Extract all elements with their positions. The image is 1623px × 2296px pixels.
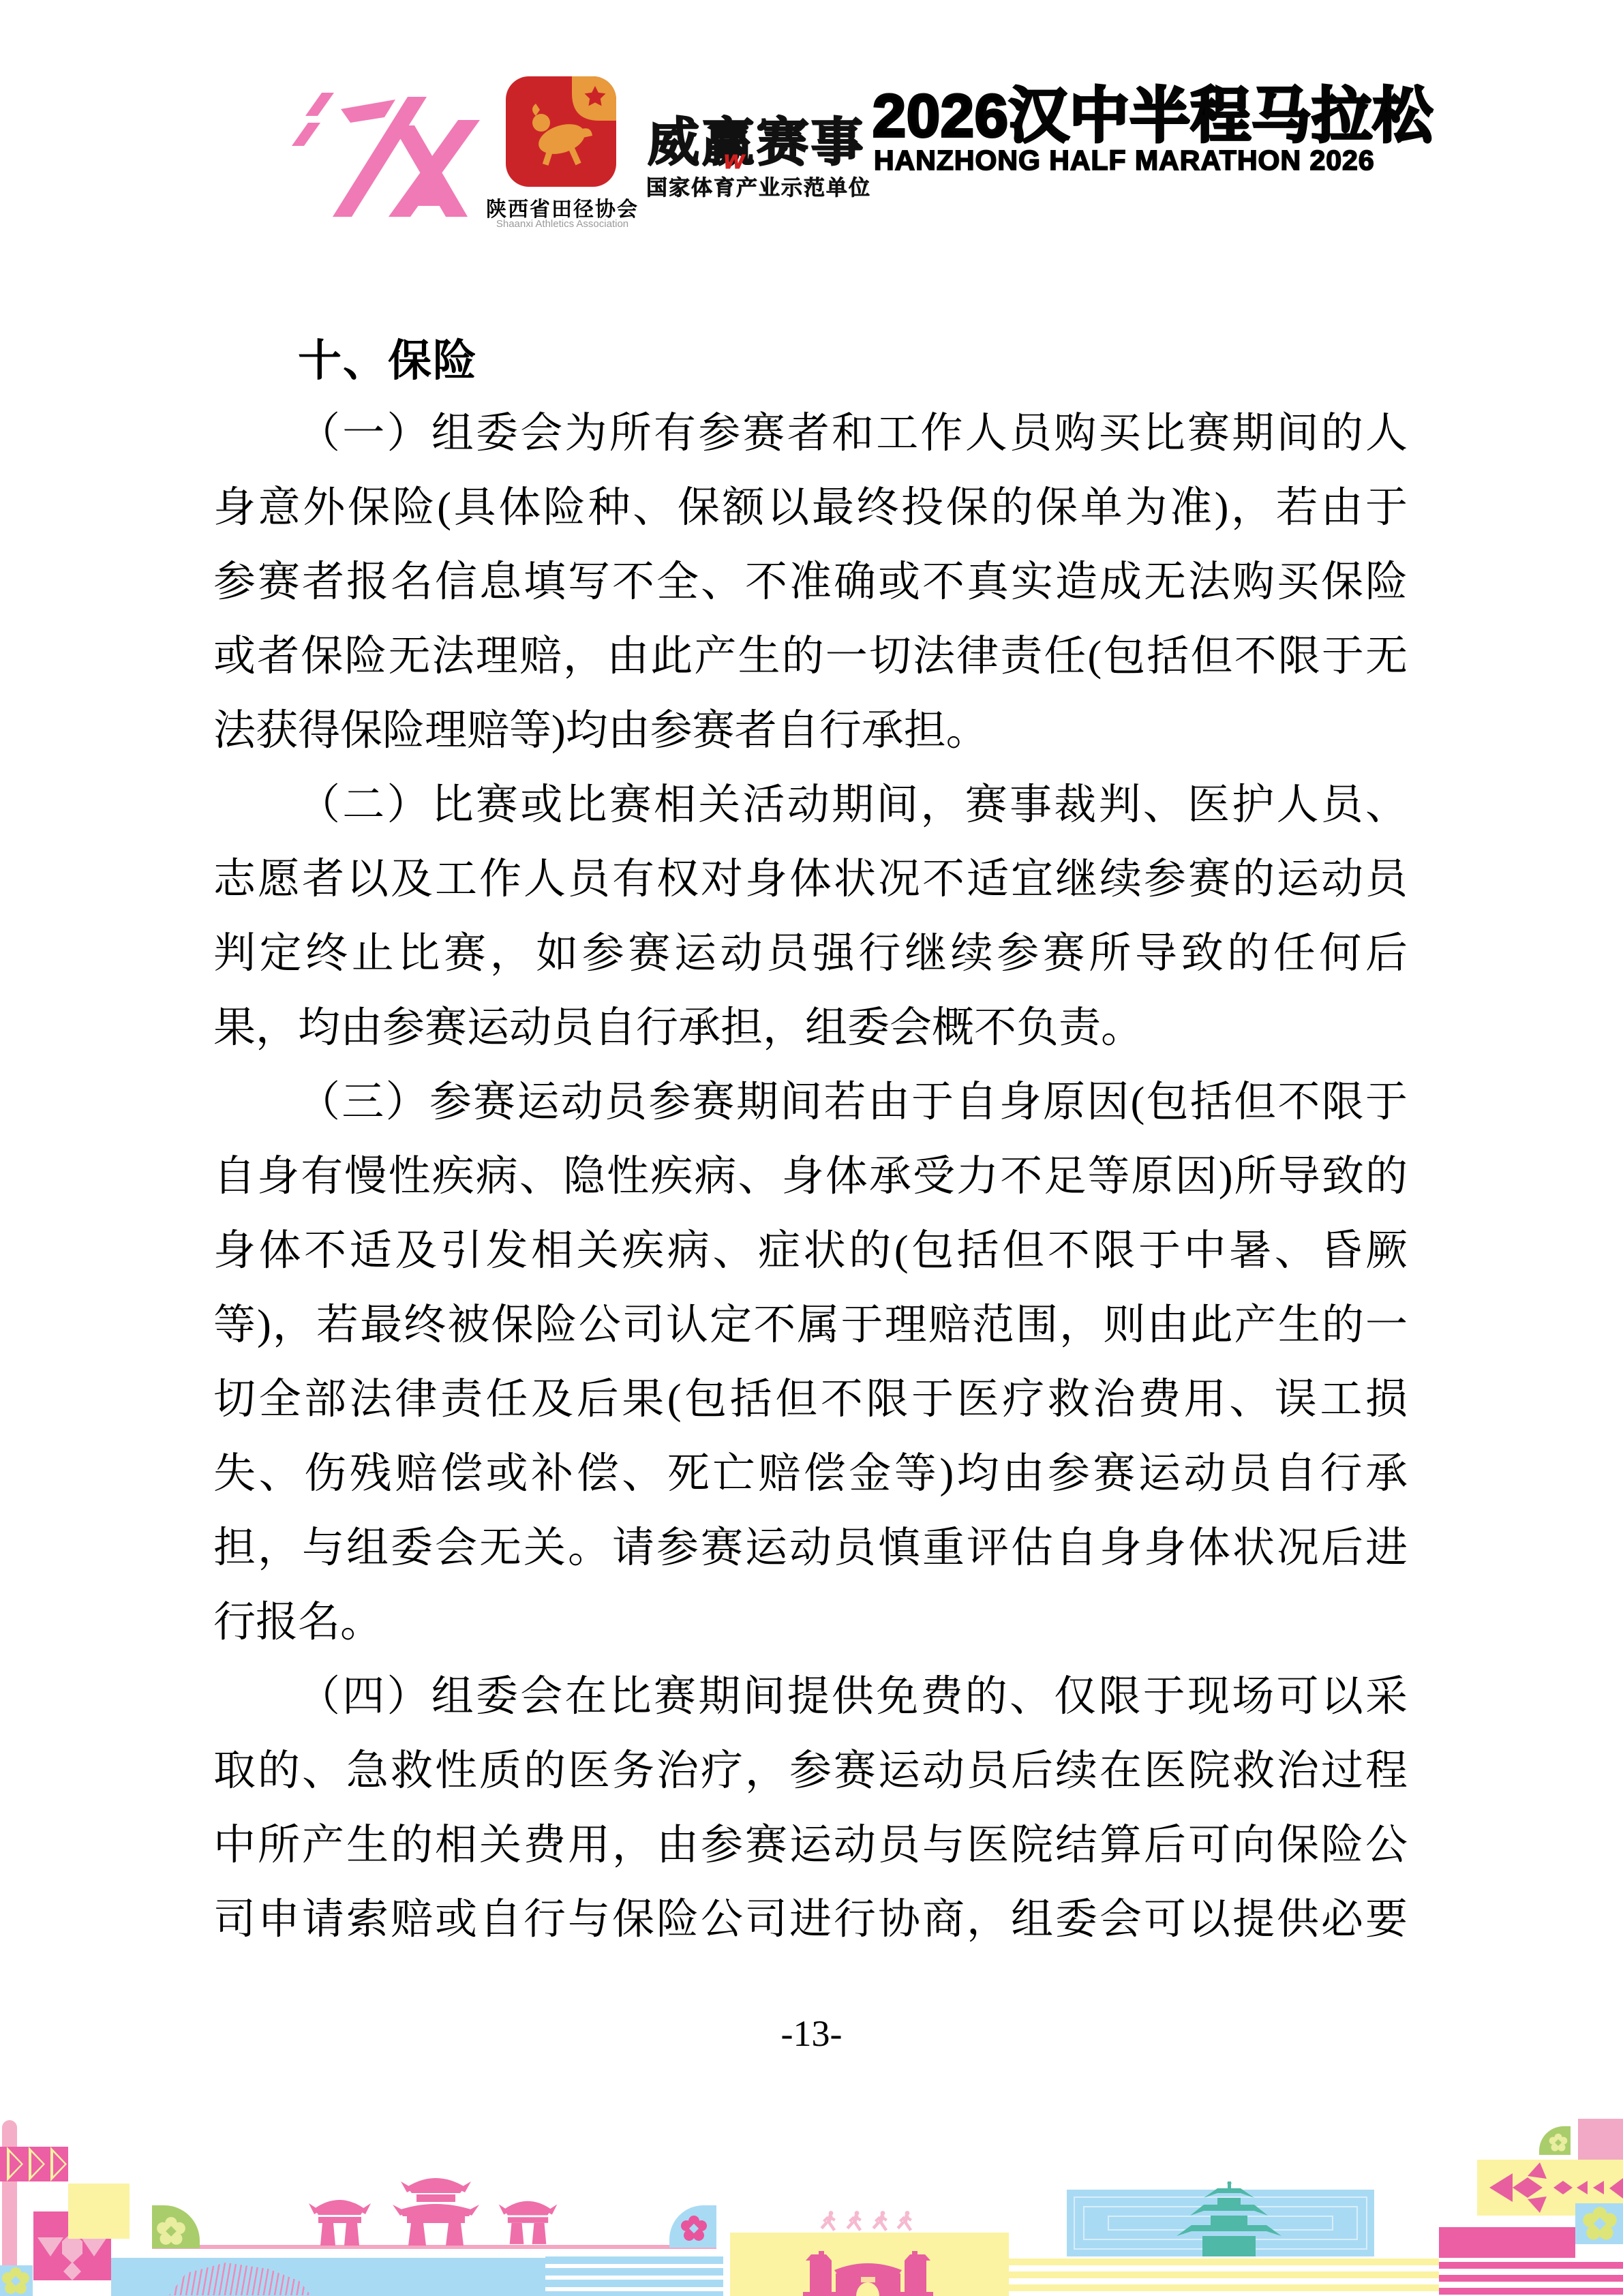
footer-yellow-block xyxy=(730,2233,1009,2296)
document-line: 取的、急救性质的医务治疗，参赛运动员后续在医院救治过程 xyxy=(213,1734,1408,1809)
document-line: 志愿者以及工作人员有权对身体状况不适宜继续参赛的运动员 xyxy=(213,843,1408,917)
footer-blue-flower-square xyxy=(0,2265,33,2296)
footer-blue-stripes xyxy=(545,2256,723,2296)
athletics-association-badge-icon xyxy=(506,76,616,187)
document-line: 行报名。 xyxy=(213,1586,1408,1660)
flower-icon xyxy=(1582,2206,1618,2241)
document-text: （一）组委会为所有参赛者和工作人员购买比赛期间的人身意外保险(具体险种、保额以最… xyxy=(213,397,1408,1957)
footer-pink-bar xyxy=(2,2120,17,2266)
document-line: （三）参赛运动员参赛期间若由于自身原因(包括但不限于 xyxy=(213,1066,1408,1140)
pagoda-icon xyxy=(1152,2181,1306,2256)
footer-yellow-stripes xyxy=(1009,2259,1439,2296)
section-heading: 十、保险 xyxy=(213,326,1408,389)
event-title-en: HANZHONG HALF MARATHON 2026 xyxy=(874,145,1375,177)
footer-magenta-rect xyxy=(1439,2227,1575,2258)
document-line: 法获得保险理赔等)均由参赛者自行承担。 xyxy=(213,694,1408,768)
event-mark-icon xyxy=(292,80,483,217)
document-line: （四）组委会在比赛期间提供免费的、仅限于现场可以采 xyxy=(213,1660,1408,1734)
chevron-arrows-icon xyxy=(0,2147,68,2181)
document-line: 中所产生的相关费用，由参赛运动员与医院结算后可向保险公 xyxy=(213,1809,1408,1883)
footer-blue-flower-square-right xyxy=(1575,2203,1623,2244)
document-line: 参赛者报名信息填写不全、不准确或不真实造成无法购买保险 xyxy=(213,545,1408,620)
organizer-brand: 威赢赛事 xyxy=(648,101,866,175)
document-line: 失、伤残赔偿或补偿、死亡赔偿金等)均由参赛运动员自行承 xyxy=(213,1437,1408,1511)
stadium-stripes-icon xyxy=(169,2261,311,2295)
event-title-cn: 2026汉中半程马拉松 xyxy=(873,68,1434,154)
paifang-gate-icon xyxy=(495,2196,561,2246)
document-line: 自身有慢性疾病、隐性疾病、身体承受力不足等原因)所导致的 xyxy=(213,1140,1408,1214)
document-line: 等)，若最终被保险公司认定不属于理赔范围，则由此产生的一 xyxy=(213,1288,1408,1363)
document-line: 或者保险无法理赔，由此产生的一切法律责任(包括但不限于无 xyxy=(213,620,1408,694)
document-line: （二）比赛或比赛相关活动期间，赛事裁判、医护人员、 xyxy=(213,768,1408,843)
footer-yellow-square xyxy=(68,2184,130,2239)
paifang-gate-icon xyxy=(305,2196,375,2246)
paifang-gate-icon xyxy=(386,2176,485,2246)
footer-magenta-stripes xyxy=(1439,2262,1623,2296)
association-name-en: Shaanxi Athletics Association xyxy=(470,218,654,230)
flower-icon xyxy=(1,2267,30,2295)
document-line: 判定终止比赛，如参赛运动员强行继续参赛所导致的任何后 xyxy=(213,917,1408,991)
runners-icon xyxy=(820,2211,922,2233)
document-line: 身意外保险(具体险种、保额以最终投保的保单为准)，若由于 xyxy=(213,471,1408,545)
footer-green-quarter xyxy=(152,2205,200,2248)
document-line: 果，均由参赛运动员自行承担，组委会概不负责。 xyxy=(213,991,1408,1066)
organizer-subtitle: 国家体育产业示范单位 xyxy=(646,170,871,201)
page-number: -13- xyxy=(0,2012,1623,2055)
footer-blue-quarter xyxy=(669,2205,716,2248)
footer-green-quarter-small xyxy=(1539,2126,1571,2155)
flower-icon xyxy=(680,2215,708,2242)
city-gate-icon xyxy=(796,2250,940,2296)
flower-icon xyxy=(1549,2133,1568,2152)
footer-water-strip xyxy=(111,2258,545,2296)
flower-icon xyxy=(156,2216,186,2246)
document-page: 陕西省田径协会 Shaanxi Athletics Association 威赢… xyxy=(0,0,1623,2296)
document-line: 担，与组委会无关。请参赛运动员慎重评估自身身体状况后进 xyxy=(213,1511,1408,1586)
document-line: （一）组委会为所有参赛者和工作人员购买比赛期间的人 xyxy=(213,397,1408,471)
document-line: 切全部法律责任及后果(包括但不限于医疗救治费用、误工损 xyxy=(213,1363,1408,1437)
document-line: 司申请索赔或自行与保险公司进行协商，组委会可以提供必要 xyxy=(213,1883,1408,1957)
document-line: 身体不适及引发相关疾病、症状的(包括但不限于中暑、昏厥 xyxy=(213,1214,1408,1288)
